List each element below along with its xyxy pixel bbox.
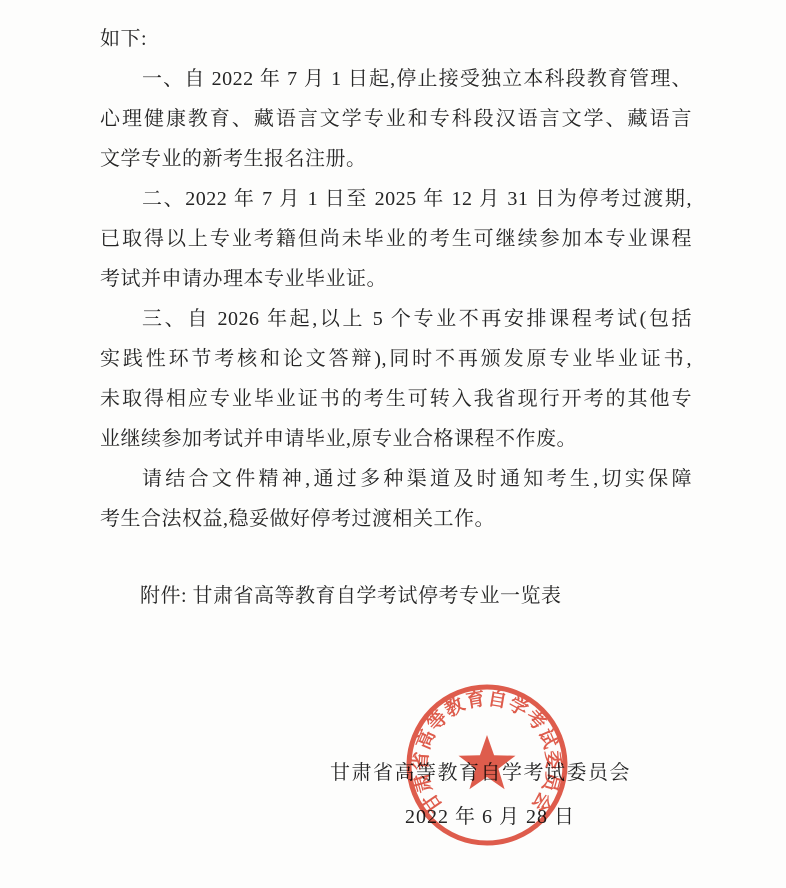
- issue-date: 2022 年 6 月 28 日: [100, 797, 692, 837]
- body-line: 已取得以上专业考籍但尚未毕业的考生可继续参加本专业课程: [100, 219, 692, 259]
- body-line: 心理健康教育、藏语言文学专业和专科段汉语言文学、藏语言: [100, 99, 692, 139]
- attachment-line: 附件: 甘肃省高等教育自学考试停考专业一览表: [100, 576, 692, 616]
- body-line: 考试并申请办理本专业毕业证。: [100, 259, 692, 299]
- document-page: 如下: 一、自 2022 年 7 月 1 日起,停止接受独立本科段教育管理、 心…: [0, 0, 786, 888]
- body-line: 三、自 2026 年起,以上 5 个专业不再安排课程考试(包括: [100, 299, 692, 339]
- body-line: 文学专业的新考生报名注册。: [100, 139, 692, 179]
- body-line: 实践性环节考核和论文答辩),同时不再颁发原专业毕业证书,: [100, 339, 692, 379]
- document-body: 如下: 一、自 2022 年 7 月 1 日起,停止接受独立本科段教育管理、 心…: [100, 0, 692, 837]
- body-line: 业继续参加考试并申请毕业,原专业合格课程不作废。: [100, 419, 692, 459]
- body-line: 请结合文件精神,通过多种渠道及时通知考生,切实保障: [100, 459, 692, 499]
- body-line: 考生合法权益,稳妥做好停考过渡相关工作。: [100, 499, 692, 539]
- body-line: 一、自 2022 年 7 月 1 日起,停止接受独立本科段教育管理、: [100, 59, 692, 99]
- body-line: 未取得相应专业毕业证书的考生可转入我省现行开考的其他专: [100, 379, 692, 419]
- intro-line: 如下:: [100, 19, 692, 59]
- issuer-signature: 甘肃省高等教育自学考试委员会: [100, 753, 692, 793]
- body-line: 二、2022 年 7 月 1 日至 2025 年 12 月 31 日为停考过渡期…: [100, 179, 692, 219]
